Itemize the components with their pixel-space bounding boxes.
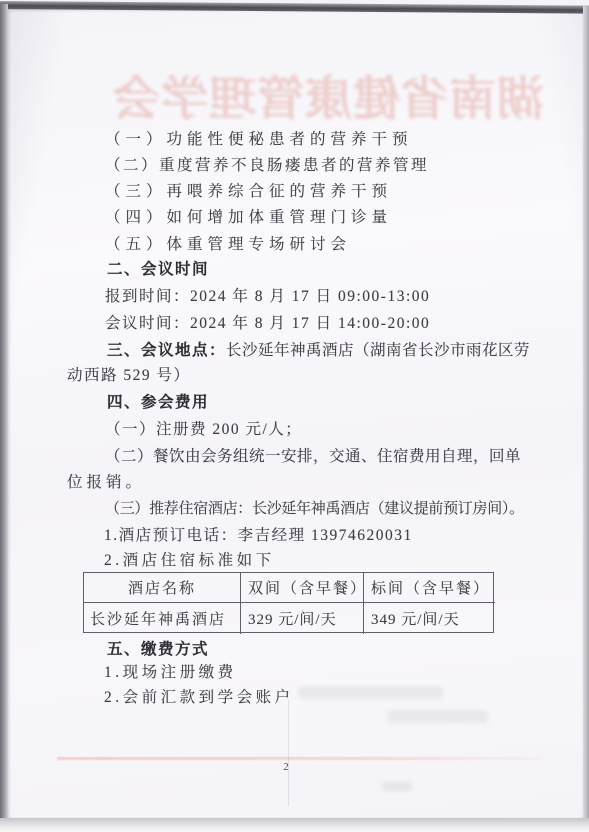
- payment-item-transfer: 2.会前汇款到学会账户: [104, 689, 294, 706]
- venue-address-part1: 长沙延年神禹酒店（湖南省长沙市雨花区劳: [226, 342, 530, 359]
- paper-sheet: [7, 8, 584, 819]
- payment-item-onsite: 1.现场注册缴费: [104, 664, 237, 681]
- bleedthrough-mark: [298, 686, 443, 699]
- checkin-time-line: 报到时间：2024 年 8 月 17 日 09:00-13:00: [105, 288, 430, 305]
- section-heading-fees: 四、参会费用: [107, 394, 209, 411]
- hotel-booking-phone-line: 1.酒店预订电话：李吉经理 13974620031: [104, 527, 413, 544]
- bleedthrough-watermark-text: 湖南省健康管理学会: [92, 71, 544, 129]
- table-header-standard-room: 标间（含早餐）: [364, 573, 495, 603]
- page-number: 2: [278, 761, 294, 773]
- agenda-item-3: （三）再喂养综合征的营养干预: [105, 183, 392, 200]
- table-cell-double-price: 329 元/间/天: [241, 603, 364, 634]
- agenda-item-5: （五）体重管理专场研讨会: [105, 236, 351, 253]
- agenda-item-4: （四）如何增加体重管理门诊量: [105, 209, 392, 226]
- bleedthrough-pink-line: [57, 757, 541, 760]
- venue-line-2: 动西路 529 号）: [67, 367, 191, 384]
- fold-crease: [288, 700, 289, 806]
- section-heading-meeting-time: 二、会议时间: [107, 261, 209, 278]
- scan-edge-right: [583, 6, 589, 826]
- scan-edge-left: [0, 4, 8, 822]
- table-header-double-room: 双间（含早餐）: [241, 573, 364, 603]
- section-heading-venue: 三、会议地点：: [107, 342, 226, 359]
- agenda-item-2: （二）重度营养不良肠瘘患者的营养管理: [105, 157, 429, 174]
- fee-item-meals-line1: （二）餐饮由会务组统一安排，交通、住宿费用自理，回单: [105, 448, 521, 465]
- table-cell-hotel-name: 长沙延年神禹酒店: [84, 603, 241, 634]
- fee-item-registration: （一）注册费 200 元/人；: [105, 421, 302, 438]
- fee-item-meals-line2: 位报销。: [67, 474, 145, 491]
- bleedthrough-mark: [388, 710, 488, 723]
- bleedthrough-mark: [382, 782, 412, 791]
- section-heading-payment: 五、缴费方式: [107, 641, 209, 658]
- table-cell-standard-price: 349 元/间/天: [364, 603, 495, 634]
- hotel-price-table: 酒店名称 双间（含早餐） 标间（含早餐） 长沙延年神禹酒店 329 元/间/天 …: [83, 572, 494, 633]
- table-header-hotel-name: 酒店名称: [84, 573, 241, 603]
- agenda-item-1: （一）功能性便秘患者的营养干预: [105, 131, 413, 148]
- hotel-standard-intro-line: 2.酒店住宿标准如下: [104, 552, 275, 569]
- venue-line-1: 三、会议地点：长沙延年神禹酒店（湖南省长沙市雨花区劳: [107, 342, 530, 359]
- scan-edge-bottom: [0, 818, 589, 832]
- meeting-time-line: 会议时间：2024 年 8 月 17 日 14:00-20:00: [105, 315, 430, 332]
- fee-item-hotel-recommendation: （三）推荐住宿酒店：长沙延年神禹酒店（建议提前预订房间）。: [105, 501, 524, 518]
- scanned-document-page: 湖南省健康管理学会 （一）功能性便秘患者的营养干预 （二）重度营养不良肠瘘患者的…: [0, 0, 589, 832]
